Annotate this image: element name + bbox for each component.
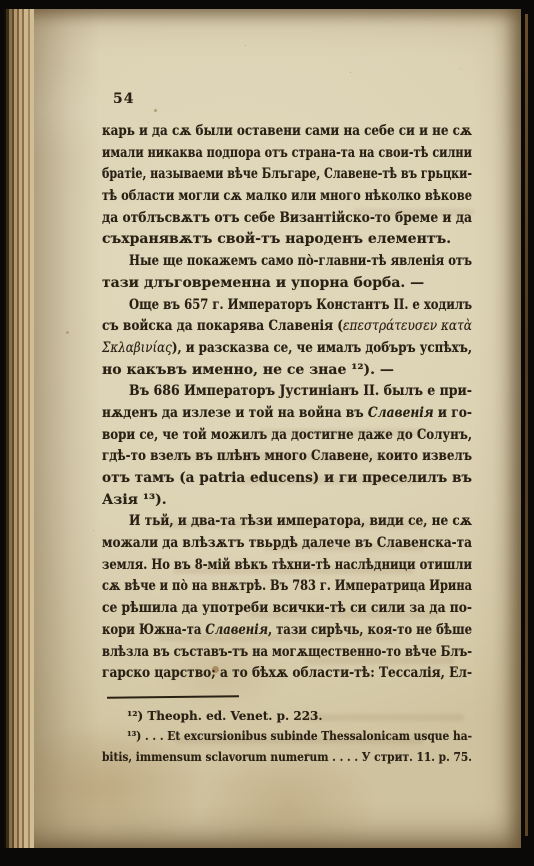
text-segment: съхранявѫтъ свой-тъ народенъ елементъ. [102, 231, 451, 247]
text-line: тѣ области могли сѫ малко или много нѣко… [102, 186, 404, 208]
text-segment: сѫ вѣче и по̀ на внѫтрѣ. Въ 783 г. Импер… [102, 578, 472, 594]
text-segment: кори Южна-та [102, 622, 205, 638]
page-number: 54 [113, 91, 134, 107]
text-line: карь и да сѫ были оставени сами на себе … [102, 121, 418, 143]
text-line: кори Южна-та Славенія, тази сирѣчь, коя-… [102, 620, 410, 642]
text-segment: земля. Но въ 8-мій вѣкъ тѣхни-тѣ наслѣдн… [102, 557, 472, 573]
text-line: Още въ 657 г. Императоръ Константъ II. е… [129, 295, 414, 317]
text-segment: , тази сирѣчь, коя-то не бѣше [268, 622, 472, 638]
paragraph-4: Въ 686 Императоръ Јустиніанъ II. былъ е … [102, 381, 472, 511]
italic-text: Славенія [368, 405, 434, 421]
text-segment: отъ тамъ (a patria educens) и ги пресели… [102, 470, 472, 486]
greek-text: Σκλαβινίας [102, 340, 172, 356]
text-line: И тьй, и два-та тѣзи императора, види се… [129, 511, 426, 533]
text-line: гдѣ-то взелъ въ плѣнъ много Славене, кои… [102, 446, 417, 468]
text-segment: ¹²) Theoph. ed. Venet. p. 223. [127, 709, 323, 723]
text-segment: Азія ¹³). [102, 492, 167, 508]
text-line: вори се, че той можилъ да достигне даже … [102, 425, 415, 447]
text-line: съ войска да покарява Славенія (επεστράτ… [102, 316, 423, 338]
text-segment: И тьй, и два-та тѣзи императора, види се… [129, 513, 472, 529]
text-segment: тази длъговременна и упорна борба. — [102, 275, 424, 291]
text-segment: можали да влѣзѫтъ твьрдѣ далече въ Славе… [102, 535, 472, 551]
text-line: тази длъговременна и упорна борба. — [102, 273, 472, 295]
text-segment: Ные ще покажемъ само по̀-главни-тѣ явлен… [129, 253, 472, 269]
text-line: отъ тамъ (a patria educens) и ги пресели… [102, 468, 463, 490]
text-segment: съ войска да покарява Славенія ( [102, 318, 343, 334]
text-segment: братіе, называеми вѣче Блъгаре, Славене-… [102, 166, 472, 182]
text-line: Ные ще покажемъ само по̀-главни-тѣ явлен… [129, 251, 413, 273]
text-line: се рѣшила да употреби всички-тѣ си сили … [102, 598, 426, 620]
text-line: нѫденъ да излезе и той на война въ Славе… [102, 403, 425, 425]
text-segment: и го- [434, 405, 472, 421]
text-segment: тѣ области могли сѫ малко или много нѣко… [102, 188, 472, 204]
footnote-line: bitis, immensum sclavorum numerum . . . … [102, 747, 430, 767]
text-segment: имали никаква подпора отъ страна-та на с… [102, 145, 472, 161]
text-line: да отблъсвѫтъ отъ себе Византійско-то бр… [102, 208, 427, 230]
paragraph-2: Ные ще покажемъ само по̀-главни-тѣ явлен… [102, 251, 472, 294]
footnote-separator [107, 695, 239, 698]
greek-text: επεστράτευσεν κατὰ [343, 318, 472, 334]
text-line: гарско царство; а то бѣхѫ области-тѣ: Те… [102, 663, 423, 685]
book-scan: 54 карь и да сѫ были оставени сами на се… [0, 0, 534, 866]
body-text: карь и да сѫ были оставени сами на себе … [102, 121, 472, 685]
paper-specks [4, 9, 7, 12]
text-line: Въ 686 Императоръ Јустиніанъ II. былъ е … [129, 381, 436, 403]
text-line: влѣзла въ съставъ-тъ на могѫщественно-то… [102, 642, 405, 664]
text-line: земля. Но въ 8-мій вѣкъ тѣхни-тѣ наслѣдн… [102, 555, 406, 577]
text-line: можали да влѣзѫтъ твьрдѣ далече въ Славе… [102, 533, 422, 555]
text-segment: bitis, immensum sclavorum numerum . . . … [102, 750, 472, 764]
text-line: имали никаква подпора отъ страна-та на с… [102, 143, 399, 165]
text-segment: влѣзла въ съставъ-тъ на могѫщественно-то… [102, 644, 472, 660]
text-line: сѫ вѣче и по̀ на внѫтрѣ. Въ 783 г. Импер… [102, 576, 402, 598]
book-gutter-pages [4, 9, 34, 848]
text-segment: но какъвъ именно, не се знае ¹²). — [102, 362, 394, 378]
text-line: Σκλαβινίας), и разсказва се, че ималъ до… [102, 338, 416, 360]
text-segment: ¹³) . . . Et excursionibus subinde Thess… [127, 729, 472, 743]
text-segment: Въ 686 Императоръ Јустиніанъ II. былъ е … [129, 383, 472, 399]
text-column: 54 карь и да сѫ были оставени сами на се… [102, 9, 472, 848]
text-segment: нѫденъ да излезе и той на война въ [102, 405, 368, 421]
gutter-shadow [34, 9, 100, 848]
text-segment: карь и да сѫ были оставени сами на себе … [102, 123, 472, 139]
text-line: Азія ¹³). [102, 490, 472, 512]
text-segment: да отблъсвѫтъ отъ себе Византійско-то бр… [102, 210, 472, 226]
paragraph-1: карь и да сѫ были оставени сами на себе … [102, 121, 472, 251]
text-segment: гдѣ-то взелъ въ плѣнъ много Славене, кои… [102, 448, 472, 464]
text-segment: се рѣшила да употреби всички-тѣ си сили … [102, 600, 472, 616]
page-edge-line [525, 14, 528, 836]
book-page: 54 карь и да сѫ были оставени сами на се… [4, 9, 521, 848]
text-segment: гарско царство; а то бѣхѫ области-тѣ: Те… [102, 665, 472, 681]
footnote-line: ¹³) . . . Et excursionibus subinde Thess… [127, 726, 432, 746]
footnote-line: ¹²) Theoph. ed. Venet. p. 223. [127, 706, 472, 726]
text-segment: ), и разсказва се, че ималъ добъръ успѣх… [172, 340, 472, 356]
text-line: но какъвъ именно, не се знае ¹²). — [102, 360, 472, 382]
paragraph-3: Още въ 657 г. Императоръ Константъ II. е… [102, 295, 472, 382]
text-line: братіе, называеми вѣче Блъгаре, Славене-… [102, 164, 395, 186]
italic-text: Славенія [205, 622, 268, 638]
footnotes: ¹²) Theoph. ed. Venet. p. 223. ¹³) . . .… [102, 706, 472, 767]
paragraph-5: И тьй, и два-та тѣзи императора, види се… [102, 511, 472, 685]
text-line: съхранявѫтъ свой-тъ народенъ елементъ. [102, 229, 472, 251]
text-segment: вори се, че той можилъ да достигне даже … [102, 427, 472, 443]
text-segment: Още въ 657 г. Императоръ Константъ II. е… [129, 297, 472, 313]
